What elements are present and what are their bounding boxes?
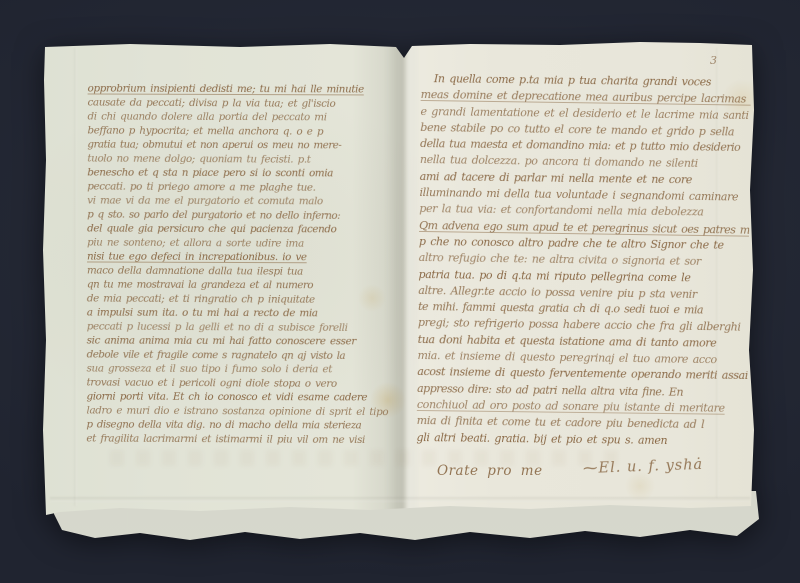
handwriting-line: gli altri beati. gratia. bij et pio et s… <box>416 430 746 450</box>
handwriting-line: benescho et q sta n piace pero si io sco… <box>87 165 389 180</box>
handwriting-line: sua grosseza et il suo tipo i fumo solo … <box>87 361 389 376</box>
handwriting-line: et fragilita lacrimarmi et istimarmi il … <box>86 431 388 447</box>
handwriting-line: giorni porti vita. Et ch io conosco et v… <box>87 389 389 404</box>
handwriting-line: di chi quando dolere alla portia del pec… <box>87 109 389 124</box>
handwriting-line: sic anima anima mia cu mi hai fatto cono… <box>87 333 389 348</box>
handwriting-line: qn tu me mostravai la grandeza et al num… <box>87 277 389 292</box>
handwriting-line: del quale gia persicuro che qui pacienza… <box>87 221 389 236</box>
closing-orate-pro-me: Orate pro me <box>437 463 543 479</box>
ink-showthrough-smudge <box>110 450 630 466</box>
left-crease <box>74 48 77 506</box>
right-page-text: In quella come p.ta mia p tua charita gr… <box>416 71 751 450</box>
manuscript-paper: 3 opprobrium insipienti dedisti me; tu m… <box>0 0 800 583</box>
signature: ⁓El. u. f. yshȧ <box>583 457 704 477</box>
handwriting-line: vi mae vi da me el purgatorio et comuta … <box>87 193 389 208</box>
handwriting-line: nisi tue ego defeci in increpationibus. … <box>87 249 389 264</box>
handwriting-line: p disegno della vita dig. no di macho de… <box>86 417 388 432</box>
bottom-fold-line <box>50 497 750 502</box>
handwriting-line: opprobrium insipienti dedisti me; tu mi … <box>88 81 390 96</box>
manuscript-sheets: 3 opprobrium insipienti dedisti me; tu m… <box>0 0 800 583</box>
handwriting-line: gratia tua; obmutui et non aperui os meu… <box>87 137 389 152</box>
handwriting-line: a impulsi sum ita. o tu mi hai a recto d… <box>87 305 389 320</box>
page-number: 3 <box>710 54 717 67</box>
left-page-text: opprobrium insipienti dedisti me; tu mi … <box>86 81 389 446</box>
photo-background: 3 opprobrium insipienti dedisti me; tu m… <box>0 0 800 583</box>
